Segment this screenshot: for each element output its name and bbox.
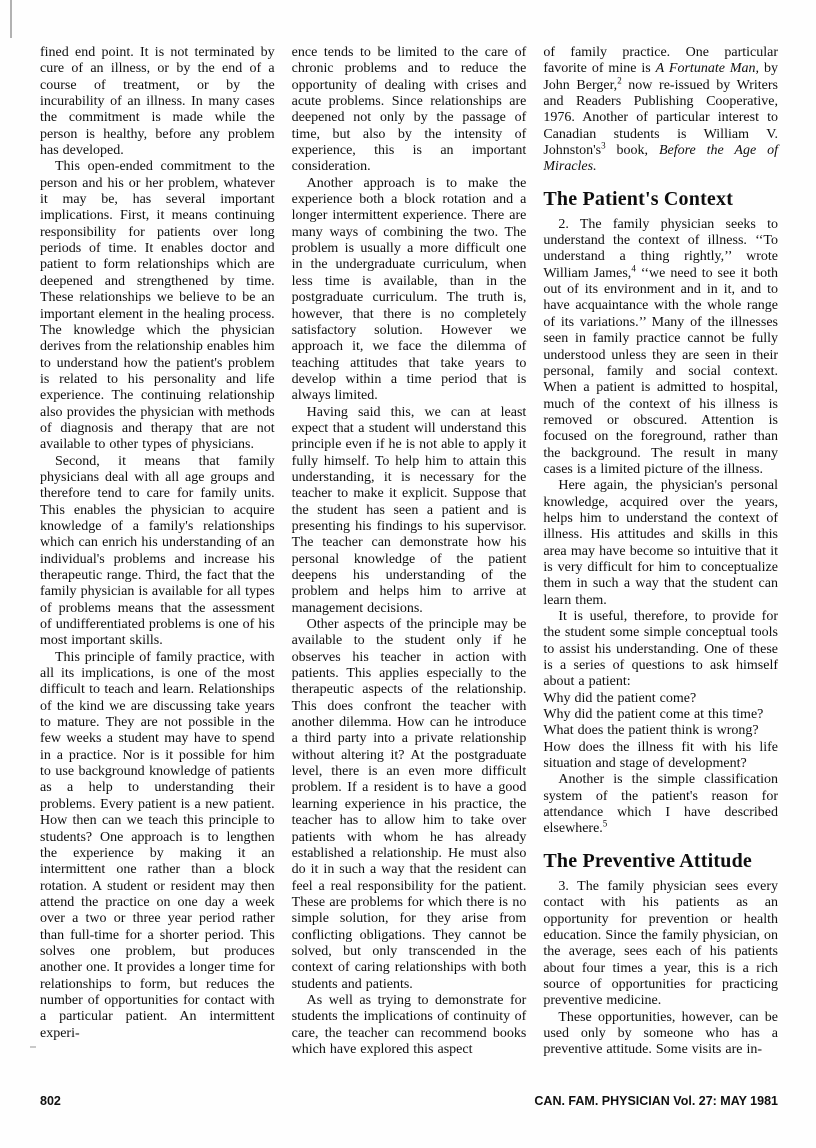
scan-artifact-line bbox=[10, 0, 12, 38]
paragraph: This open-ended commitment to the person… bbox=[40, 159, 275, 453]
paragraph: Another is the simple classification sys… bbox=[543, 772, 778, 837]
footnote-reference: 5 bbox=[603, 819, 608, 829]
paragraph: Having said this, we can at least expect… bbox=[292, 405, 527, 617]
journal-article-page: fined end point. It is not terminated by… bbox=[0, 0, 816, 1148]
paragraph: These opportunities, however, can be use… bbox=[543, 1010, 778, 1059]
paragraph: Another approach is to make the experien… bbox=[292, 176, 527, 405]
paragraph: 3. The family physician sees every conta… bbox=[543, 879, 778, 1010]
page-number: 802 bbox=[40, 1094, 61, 1108]
text-segment: book, bbox=[606, 143, 659, 158]
paragraph: Why did the patient come? bbox=[543, 691, 778, 707]
scan-artifact-speck bbox=[30, 1046, 36, 1048]
paragraph: 2. The family physician seeks to underst… bbox=[543, 217, 778, 479]
column-2: ence tends to be limited to the care of … bbox=[292, 45, 527, 1059]
paragraph: Other aspects of the principle may be av… bbox=[292, 617, 527, 993]
column-1: fined end point. It is not terminated by… bbox=[40, 45, 275, 1059]
text-segment: Another is the simple classification sys… bbox=[543, 772, 778, 836]
paragraph: This principle of family practice, with … bbox=[40, 650, 275, 1042]
paragraph: It is useful, therefore, to provide for … bbox=[543, 609, 778, 691]
paragraph: of family practice. One particular favor… bbox=[543, 45, 778, 176]
section-heading: The Preventive Attitude bbox=[543, 850, 778, 873]
paragraph: How does the illness fit with his life s… bbox=[543, 740, 778, 773]
paragraph: Second, it means that family physicians … bbox=[40, 454, 275, 650]
column-3: of family practice. One particular favor… bbox=[543, 45, 778, 1059]
text-segment: ‘‘we need to see it both out of its envi… bbox=[543, 266, 778, 477]
section-heading: The Patient's Context bbox=[543, 188, 778, 211]
paragraph: What does the patient think is wrong? bbox=[543, 723, 778, 739]
paragraph: Why did the patient come at this time? bbox=[543, 707, 778, 723]
paragraph: As well as trying to demonstrate for stu… bbox=[292, 993, 527, 1058]
book-title: A Fortunate Man, bbox=[656, 61, 759, 76]
article-body: fined end point. It is not terminated by… bbox=[40, 45, 778, 1059]
journal-citation: CAN. FAM. PHYSICIAN Vol. 27: MAY 1981 bbox=[534, 1094, 778, 1108]
page-footer: 802 CAN. FAM. PHYSICIAN Vol. 27: MAY 198… bbox=[40, 1094, 778, 1108]
paragraph: Here again, the physician's personal kno… bbox=[543, 478, 778, 609]
paragraph: ence tends to be limited to the care of … bbox=[292, 45, 527, 176]
paragraph: fined end point. It is not terminated by… bbox=[40, 45, 275, 159]
